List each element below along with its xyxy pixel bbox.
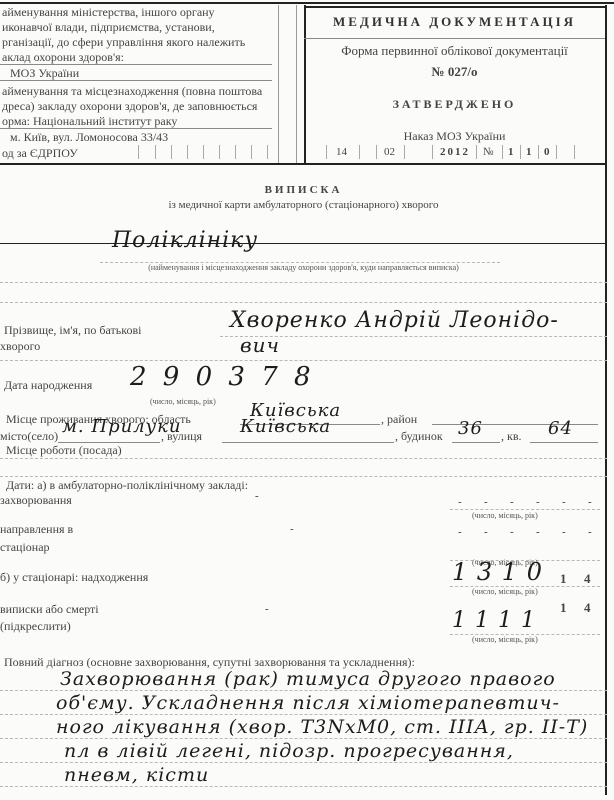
- order-label: Наказ МОЗ України: [304, 129, 605, 144]
- admission-caption: (число, місяць, рік): [472, 587, 538, 596]
- diagnosis-line-5: пневм, кісти: [64, 764, 209, 786]
- date-cell: -: [562, 526, 566, 538]
- dob-caption: (число, місяць, рік): [150, 397, 216, 406]
- edrpou-label: од за ЄДРПОУ: [2, 146, 78, 161]
- order-year: 2012: [440, 146, 470, 158]
- extract-subtitle: із медичної карти амбулаторного (стаціон…: [0, 199, 607, 211]
- street-line: [222, 442, 394, 443]
- work-line: [0, 458, 607, 459]
- date-cell: -: [536, 496, 540, 508]
- recipient-handwritten: Поліклініку: [112, 228, 258, 253]
- facility-label-line2: дреса) закладу охорони здоров'я, де запо…: [2, 99, 257, 114]
- ministry-label-line1: айменування міністерства, іншого органу: [2, 5, 215, 20]
- order-day: 14: [336, 146, 347, 158]
- order-digit-3: 0: [544, 146, 550, 158]
- order-no-sign: №: [483, 146, 494, 158]
- street-handwritten: Київська: [240, 416, 331, 437]
- illness-caption: (число, місяць, рік): [472, 511, 538, 520]
- ministry-value: МОЗ України: [10, 66, 79, 81]
- separator: -: [290, 523, 294, 535]
- discharge-handwritten: 1 1 1 1: [452, 608, 536, 633]
- date-cell: -: [510, 496, 514, 508]
- admission-year-1: 1: [560, 571, 567, 587]
- discharge-year-1: 1: [560, 600, 567, 616]
- ministry-label-line2: иконавчої влади, підприємства, установи,: [2, 20, 215, 35]
- date-cell: -: [536, 526, 540, 538]
- date-cell: -: [484, 526, 488, 538]
- admission-year-2: 4: [584, 571, 591, 587]
- diagnosis-rule: [0, 714, 607, 715]
- divider: [0, 80, 272, 81]
- name-label-2: хворого: [0, 339, 40, 354]
- top-border: [0, 2, 614, 4]
- blank-line: [0, 302, 607, 303]
- work-label: Місце роботи (посада): [6, 443, 122, 458]
- divider: [0, 128, 272, 129]
- discharge-label-2: (підкреслити): [0, 619, 71, 634]
- order-digit-2: 1: [526, 146, 532, 158]
- header-column-divider: [278, 5, 279, 163]
- dates-header: Дати: а) в амбулаторно-поліклінічному за…: [6, 478, 248, 493]
- diagnosis-rule: [0, 786, 607, 787]
- diagnosis-rule: [0, 690, 607, 691]
- form-label: Форма первинної облікової документації: [304, 43, 605, 59]
- right-page-border: [605, 5, 607, 795]
- blank-line: [0, 476, 607, 477]
- admission-label: б) у стаціонарі: надходження: [0, 570, 148, 585]
- facility-label-line1: айменування та місцезнаходження (повна п…: [2, 84, 262, 99]
- house-line: [452, 442, 500, 443]
- admission-handwritten: 1 3 1 0: [452, 558, 543, 586]
- name-label: Прізвище, ім'я, по батькові: [4, 323, 141, 338]
- diagnosis-rule: [0, 738, 607, 739]
- date-cell: -: [458, 496, 462, 508]
- right-box-top: [304, 6, 607, 8]
- diagnosis-line-1: Захворювання (рак) тимуса другого правог…: [60, 668, 556, 690]
- date-cell: -: [458, 526, 462, 538]
- ministry-label-line4: аклад охорони здоров'я:: [2, 50, 124, 65]
- illness-label: захворювання: [0, 493, 72, 508]
- divider: [304, 38, 605, 39]
- blank-line: [0, 360, 607, 361]
- date-cell: -: [484, 496, 488, 508]
- street-label: , вулиця: [161, 429, 202, 444]
- diagnosis-line-3: ного лікування (хвор. Т3NxM0, ст. ІІІА, …: [56, 716, 588, 738]
- approved-label: ЗАТВЕРДЖЕНО: [304, 97, 605, 112]
- date-cell: -: [510, 526, 514, 538]
- address-value: м. Київ, вул. Ломоносова 33/43: [10, 130, 168, 145]
- discharge-caption: (число, місяць, рік): [472, 635, 538, 644]
- extract-title: ВИПИСКА: [0, 184, 607, 196]
- discharge-label: виписки або смерті: [0, 602, 99, 617]
- facility-label-line3: орма: Національний інститут раку: [2, 114, 177, 129]
- ministry-label-line3: рганізації, до сфери управління якого на…: [2, 35, 245, 50]
- diagnosis-rule: [0, 762, 607, 763]
- separator: -: [265, 603, 269, 615]
- district-label: , район: [381, 412, 417, 427]
- diagnosis-line-2: об'єму. Ускладнення після хіміотерапевти…: [56, 692, 560, 714]
- referral-label-2: стаціонар: [0, 540, 50, 555]
- apt-label: , кв.: [501, 429, 522, 444]
- order-month: 02: [384, 146, 395, 158]
- header-bottom-border: [0, 163, 607, 165]
- house-handwritten: 36: [458, 418, 483, 439]
- referral-label: направлення в: [0, 522, 73, 537]
- dob-handwritten: 2 9 0 3 7 8: [130, 362, 315, 392]
- divider: [0, 64, 272, 65]
- order-digit-1: 1: [508, 146, 514, 158]
- date-cell: -: [588, 526, 592, 538]
- separator: -: [255, 490, 259, 502]
- discharge-year-2: 4: [584, 600, 591, 616]
- medical-doc-title: МЕДИЧНА ДОКУМЕНТАЦІЯ: [304, 14, 605, 30]
- patient-name-handwritten: Хворенко Андрій Леонідо-: [230, 308, 559, 333]
- date-line: [450, 509, 600, 510]
- form-number: № 027/о: [304, 64, 605, 80]
- header-column-divider: [296, 5, 297, 163]
- recipient-caption: (найменування і місцезнаходження закладу…: [0, 263, 607, 272]
- apt-line: [530, 442, 598, 443]
- name-line: [220, 336, 607, 337]
- district-line: [432, 424, 598, 425]
- date-cell: -: [588, 496, 592, 508]
- house-label: , будинок: [395, 429, 443, 444]
- apt-handwritten: 64: [548, 418, 573, 439]
- date-cell: -: [562, 496, 566, 508]
- blank-line: [0, 282, 607, 283]
- dob-label: Дата народження: [4, 378, 92, 393]
- section-divider: [0, 243, 607, 244]
- diagnosis-line-4: пл в лівій легені, підозр. прогресування…: [64, 740, 514, 762]
- city-label: місто(село): [0, 429, 58, 444]
